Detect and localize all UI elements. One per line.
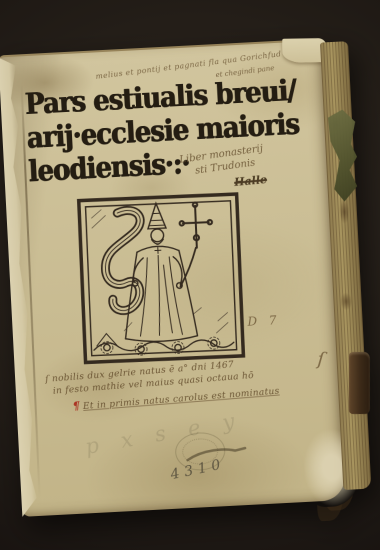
pilcrow-mark: ¶ (72, 399, 80, 413)
book: melius et pontij et pagnati fla qua Gori… (0, 37, 372, 515)
parchment-cover: melius et pontij et pagnati fla qua Gori… (0, 39, 346, 517)
woodcut-illustration (77, 192, 246, 365)
clasp-remnant-bottom (349, 352, 370, 414)
woodcut-saint-figure (77, 192, 246, 365)
banderole (103, 210, 144, 311)
shelfmark-d7: D 7 (247, 313, 281, 329)
photo-background: melius et pontij et pagnati fla qua Gori… (0, 0, 380, 550)
flourish-mark: ſ (317, 349, 325, 371)
printed-title: Pars estiualis breui/ arij·ecclesie maio… (24, 73, 321, 189)
crossed-out-word: Halle (234, 173, 268, 189)
